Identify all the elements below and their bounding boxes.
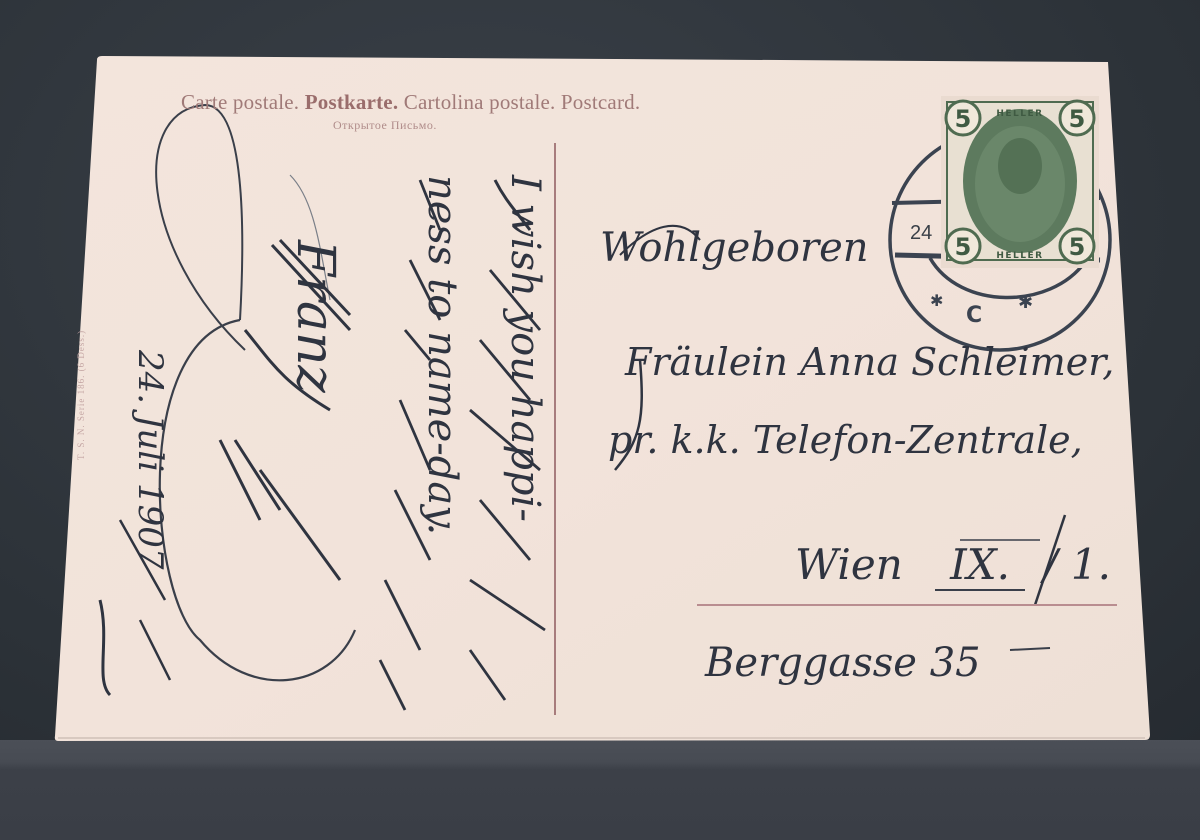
- svg-text:C: C: [966, 303, 982, 328]
- message-date: 24. Juli 1907: [130, 350, 170, 570]
- message-signature: Franz: [285, 240, 345, 393]
- postcard: ✱ ✱ C 5 5 5 5 HELLER HELLER 24 Carte pos…: [0, 0, 1200, 840]
- header-english: Postcard.: [561, 90, 640, 114]
- postmark-date: 24: [910, 222, 932, 245]
- svg-text:✱: ✱: [1018, 292, 1033, 313]
- address-rule: [697, 604, 1117, 606]
- address-city-line: Wien IX. / 1.: [795, 540, 1111, 589]
- svg-text:5: 5: [955, 105, 972, 133]
- svg-text:HELLER: HELLER: [996, 109, 1043, 119]
- svg-text:5: 5: [1069, 233, 1086, 261]
- svg-text:5: 5: [955, 233, 972, 261]
- message-line-1: I wish you happi-: [502, 175, 548, 522]
- address-name: Fräulein Anna Schleimer,: [625, 340, 1114, 384]
- svg-text:5: 5: [1069, 105, 1086, 133]
- address-city: Wien: [795, 540, 903, 589]
- svg-text:HELLER: HELLER: [996, 251, 1043, 261]
- address-district-suffix: / 1.: [1043, 540, 1111, 589]
- address-salutation: Wohlgeboren: [600, 225, 869, 271]
- header-russian: Открытое Письмо.: [333, 118, 437, 133]
- message-line-2: ness to name-day.: [419, 175, 465, 535]
- svg-text:✱: ✱: [930, 291, 943, 310]
- header-italian: Cartolina postale.: [404, 90, 556, 114]
- center-divider: [554, 143, 556, 715]
- postage-stamp: 5 5 5 5 HELLER HELLER: [941, 96, 1099, 268]
- publisher-imprint: T. S. N. Serie 186. (6 Dess.): [76, 330, 86, 460]
- header-german: Postkarte.: [305, 90, 399, 114]
- header-french: Carte postale.: [181, 90, 299, 114]
- address-employer: pr. k.k. Telefon-Zentrale,: [608, 418, 1083, 462]
- postcard-header: Carte postale. Postkarte. Cartolina post…: [181, 90, 640, 115]
- address-district: IX.: [950, 540, 1010, 589]
- address-street: Berggasse 35: [705, 640, 981, 686]
